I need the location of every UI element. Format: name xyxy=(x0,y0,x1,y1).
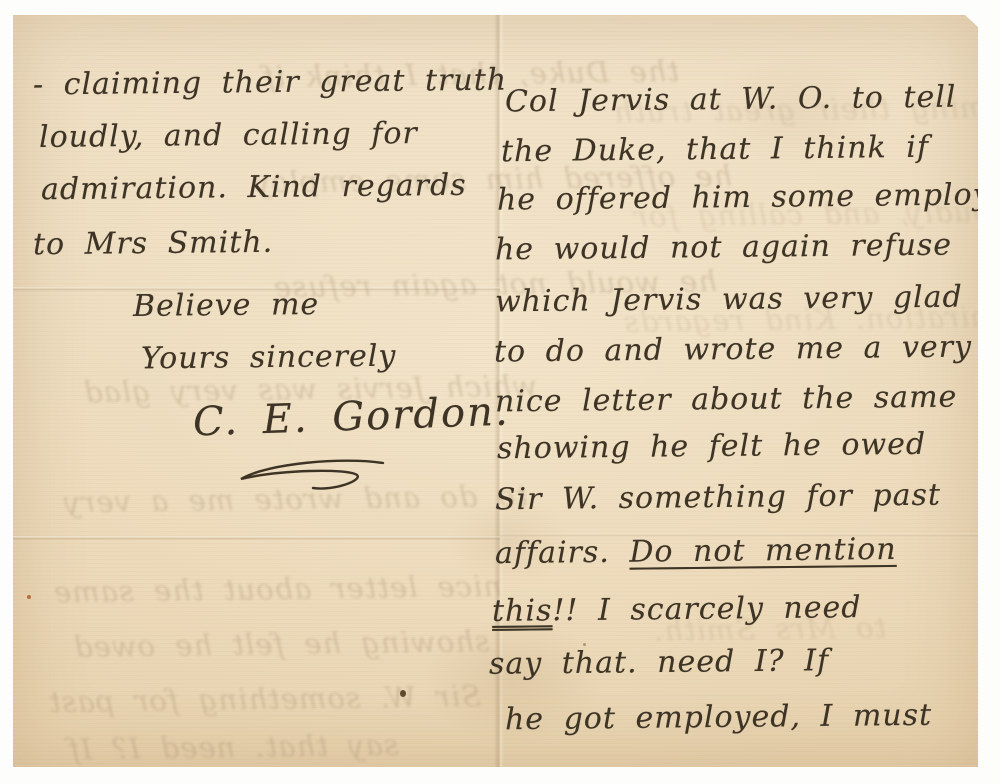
handwriting-line: he would not again refuse xyxy=(495,231,952,266)
handwriting-line: this!! I scarcely need xyxy=(492,593,862,627)
handwriting-line: admiration. Kind regards xyxy=(41,171,467,205)
handwriting-line: Col Jervis at W. O. to tell xyxy=(505,83,957,118)
letter-scan: the Duke, that I think if he offered him… xyxy=(0,0,1000,784)
foxing-speck xyxy=(27,595,31,599)
handwriting-line: - claiming their great truth xyxy=(33,66,507,101)
line-segment: !! I scarcely need xyxy=(552,590,861,628)
foxing-speck xyxy=(583,643,586,646)
handwriting-line: the Duke, that I think if xyxy=(501,133,929,167)
handwriting-line: say that. need I? If xyxy=(489,646,829,680)
ink-speck xyxy=(400,690,406,697)
handwriting-line: to Mrs Smith. xyxy=(33,228,273,261)
underlined-phrase: Do not mention xyxy=(629,532,897,570)
ghost-line: Sir W. something for past xyxy=(48,682,482,717)
handwriting-line: showing he felt he owed xyxy=(497,430,926,464)
handwriting-line: to do and wrote me a very xyxy=(494,332,972,367)
handwriting-line: he offered him some employ xyxy=(497,180,991,215)
handwriting-line: he got employed, I must xyxy=(505,701,932,735)
handwriting-line: nice letter about the same xyxy=(495,383,958,418)
handwriting-line: affairs. Do not mention xyxy=(495,535,897,569)
handwriting-line: Sir W. something for past xyxy=(495,481,941,516)
ghost-line: showing he felt he owed xyxy=(73,627,490,662)
closing-line: Believe me xyxy=(133,290,319,322)
handwriting-line: which Jervis was very glad xyxy=(495,283,963,318)
line-segment: affairs. xyxy=(495,535,610,571)
ghost-line: nice letter about the same xyxy=(53,572,502,607)
signature-flourish xyxy=(223,455,393,503)
handwriting-line: loudly, and calling for xyxy=(39,119,418,153)
ghost-line: say that. need I? If xyxy=(68,731,399,765)
underlined-phrase: this xyxy=(492,593,553,629)
signature: C. E. Gordon. xyxy=(192,391,510,442)
closing-line: Yours sincerely xyxy=(141,342,397,375)
letter-paper: the Duke, that I think if he offered him… xyxy=(13,15,978,767)
horizontal-crease-bottom xyxy=(13,536,500,540)
